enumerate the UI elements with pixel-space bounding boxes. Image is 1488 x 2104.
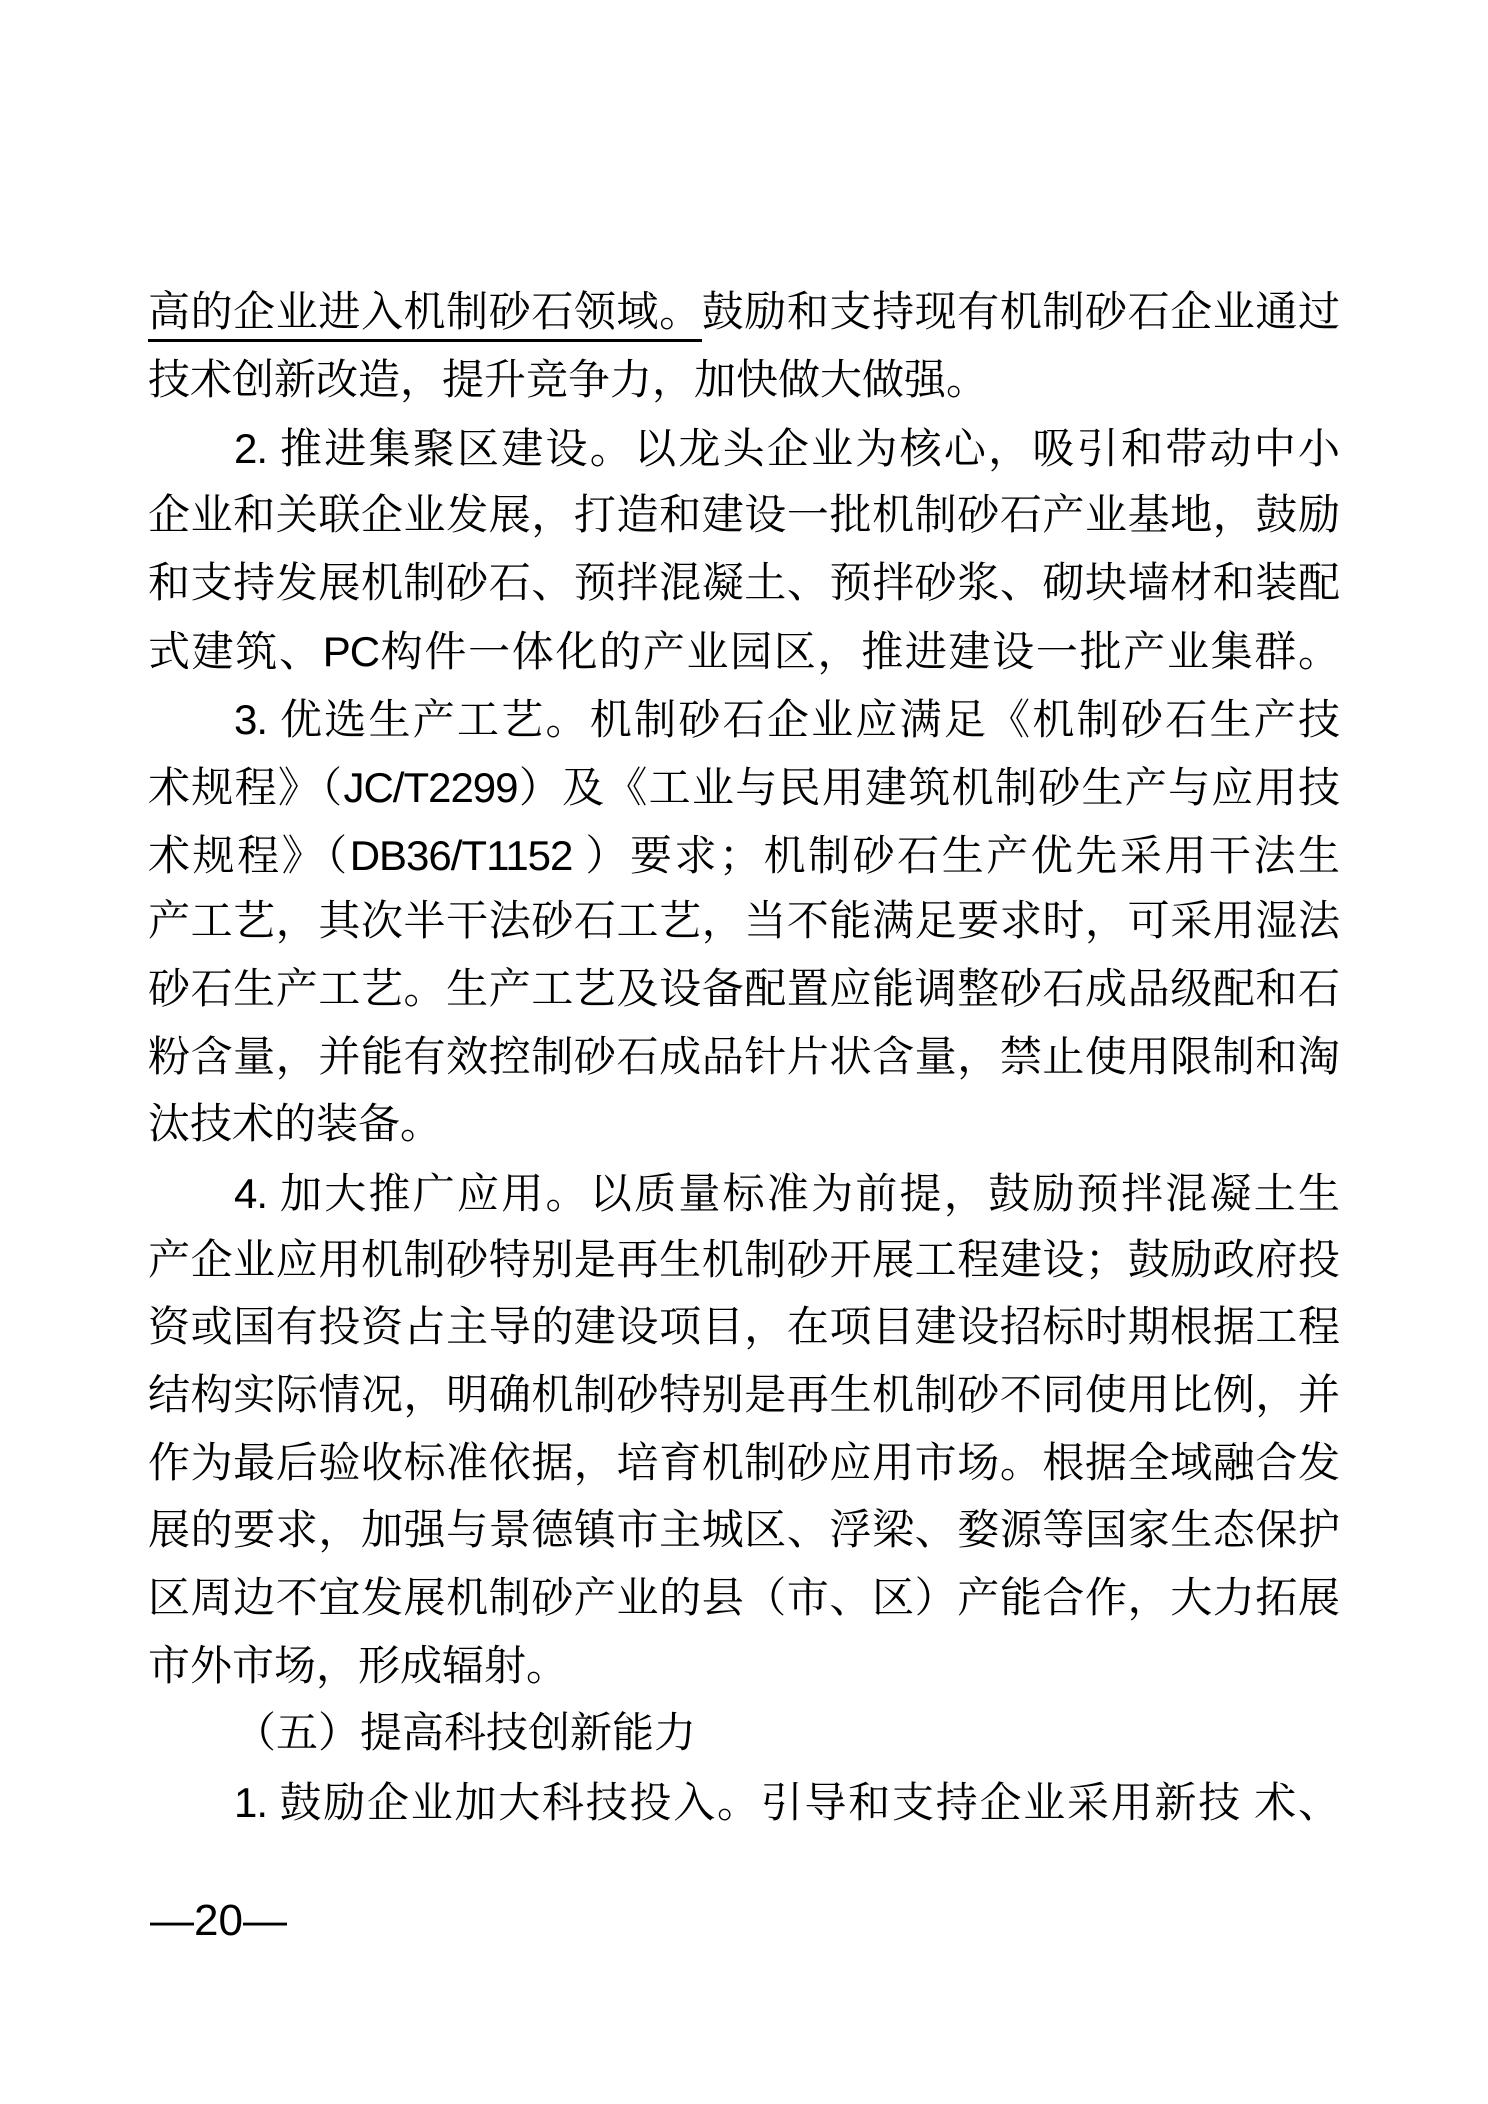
- text-segment: 和支持发展机制砂石、预拌混凝土、预拌砂浆、砌块墙材和装配: [148, 561, 1340, 607]
- text-segment: 结构实际情况，明确机制砂特别是再生机制砂不同使用比例，并: [148, 1373, 1340, 1419]
- text-line: 产企业应用机制砂特别是再生机制砂开展工程建设；鼓励政府投: [148, 1228, 1340, 1296]
- text-segment: 汰技术的装备。: [148, 1102, 442, 1148]
- underlined-text: 高的企业进入机制砂石领域。: [148, 290, 702, 342]
- text-segment: 构件一体化的产业园区，推进建设一批产业集群。: [379, 630, 1340, 676]
- text-segment: 优选生产工艺。机制砂石企业应满足《机制砂石生产技: [280, 698, 1340, 744]
- text-segment: DB36/T1152: [350, 832, 573, 879]
- text-line: 式建筑、PC构件一体化的产业园区，推进建设一批产业集群。: [148, 618, 1340, 686]
- document-body: 高的企业进入机制砂石领域。鼓励和支持现有机制砂石企业通过技术创新改造，提升竞争力…: [148, 280, 1340, 1837]
- text-segment: 推进集聚区建设。以龙头企业为核心，吸引和带动中小: [280, 427, 1340, 473]
- text-segment: （五）提高科技创新能力: [234, 1711, 696, 1757]
- text-line: 2. 推进集聚区建设。以龙头企业为核心，吸引和带动中小: [148, 415, 1340, 483]
- page-number: —20—: [150, 1896, 287, 1946]
- text-segment: JC/T2299: [343, 764, 517, 811]
- text-segment: 2.: [234, 425, 280, 472]
- text-line: （五）提高科技创新能力: [148, 1701, 1340, 1769]
- text-line: 高的企业进入机制砂石领域。鼓励和支持现有机制砂石企业通过: [148, 280, 1340, 348]
- text-segment: 粉含量，并能有效控制砂石成品针片状含量，禁止使用限制和淘: [148, 1035, 1340, 1081]
- text-segment: 作为最后验收标准依据，培育机制砂应用市场。根据全域融合发: [148, 1441, 1340, 1487]
- text-segment: 3.: [234, 696, 280, 743]
- text-segment: 鼓励企业加大科技投入。引导和支持企业采用新技 术、: [279, 1781, 1340, 1827]
- text-segment: 区周边不宜发展机制砂产业的县（市、区）产能合作，大力拓展: [148, 1576, 1340, 1622]
- text-line: 资或国有投资占主导的建设项目，在项目建设招标时期根据工程: [148, 1295, 1340, 1363]
- text-line: 4. 加大推广应用。以质量标准为前提，鼓励预拌混凝土生: [148, 1160, 1340, 1228]
- text-segment: 企业和关联企业发展，打造和建设一批机制砂石产业基地，鼓励: [148, 493, 1340, 539]
- text-line: 产工艺，其次半干法砂石工艺，当不能满足要求时，可采用湿法: [148, 889, 1340, 957]
- text-segment: 产工艺，其次半干法砂石工艺，当不能满足要求时，可采用湿法: [148, 899, 1340, 945]
- text-segment: PC: [323, 628, 379, 675]
- text-segment: 产企业应用机制砂特别是再生机制砂开展工程建设；鼓励政府投: [148, 1238, 1340, 1284]
- text-line: 汰技术的装备。: [148, 1092, 1340, 1160]
- text-line: 和支持发展机制砂石、预拌混凝土、预拌砂浆、砌块墙材和装配: [148, 551, 1340, 619]
- text-line: 3. 优选生产工艺。机制砂石企业应满足《机制砂石生产技: [148, 686, 1340, 754]
- text-line: 区周边不宜发展机制砂产业的县（市、区）产能合作，大力拓展: [148, 1566, 1340, 1634]
- text-line: 作为最后验收标准依据，培育机制砂应用市场。根据全域融合发: [148, 1431, 1340, 1499]
- text-segment: 资或国有投资占主导的建设项目，在项目建设招标时期根据工程: [148, 1305, 1340, 1351]
- text-segment: 展的要求，加强与景德镇市主城区、浮梁、婺源等国家生态保护: [148, 1508, 1340, 1554]
- text-line: 砂石生产工艺。生产工艺及设备配置应能调整砂石成品级配和石: [148, 957, 1340, 1025]
- text-segment: 4.: [234, 1170, 280, 1217]
- text-segment: 加大推广应用。以质量标准为前提，鼓励预拌混凝土生: [280, 1172, 1340, 1218]
- text-line: 粉含量，并能有效控制砂石成品针片状含量，禁止使用限制和淘: [148, 1025, 1340, 1093]
- text-line: 术规程》（DB36/T1152 ）要求；机制砂石生产优先采用干法生: [148, 822, 1340, 890]
- text-segment: 市外市场，形成辐射。: [148, 1644, 568, 1690]
- text-line: 市外市场，形成辐射。: [148, 1634, 1340, 1702]
- text-line: 企业和关联企业发展，打造和建设一批机制砂石产业基地，鼓励: [148, 483, 1340, 551]
- text-line: 术规程》（JC/T2299）及《工业与民用建筑机制砂生产与应用技: [148, 754, 1340, 822]
- text-segment: 1.: [234, 1779, 279, 1826]
- text-segment: 鼓励和支持现有机制砂石企业通过: [702, 290, 1340, 336]
- text-line: 结构实际情况，明确机制砂特别是再生机制砂不同使用比例，并: [148, 1363, 1340, 1431]
- text-segment: ）要求；机制砂石生产优先采用干法生: [572, 834, 1340, 880]
- text-line: 技术创新改造，提升竞争力，加快做大做强。: [148, 348, 1340, 416]
- text-segment: 术规程》（: [148, 766, 343, 812]
- text-segment: 术规程》（: [148, 834, 350, 880]
- text-line: 展的要求，加强与景德镇市主城区、浮梁、婺源等国家生态保护: [148, 1498, 1340, 1566]
- text-segment: 式建筑、: [148, 630, 323, 676]
- document-page: 高的企业进入机制砂石领域。鼓励和支持现有机制砂石企业通过技术创新改造，提升竞争力…: [0, 0, 1488, 2104]
- text-line: 1. 鼓励企业加大科技投入。引导和支持企业采用新技 术、: [148, 1769, 1340, 1837]
- text-segment: 砂石生产工艺。生产工艺及设备配置应能调整砂石成品级配和石: [148, 967, 1340, 1013]
- text-segment: 技术创新改造，提升竞争力，加快做大做强。: [148, 358, 988, 404]
- text-segment: ）及《工业与民用建筑机制砂生产与应用技: [518, 766, 1340, 812]
